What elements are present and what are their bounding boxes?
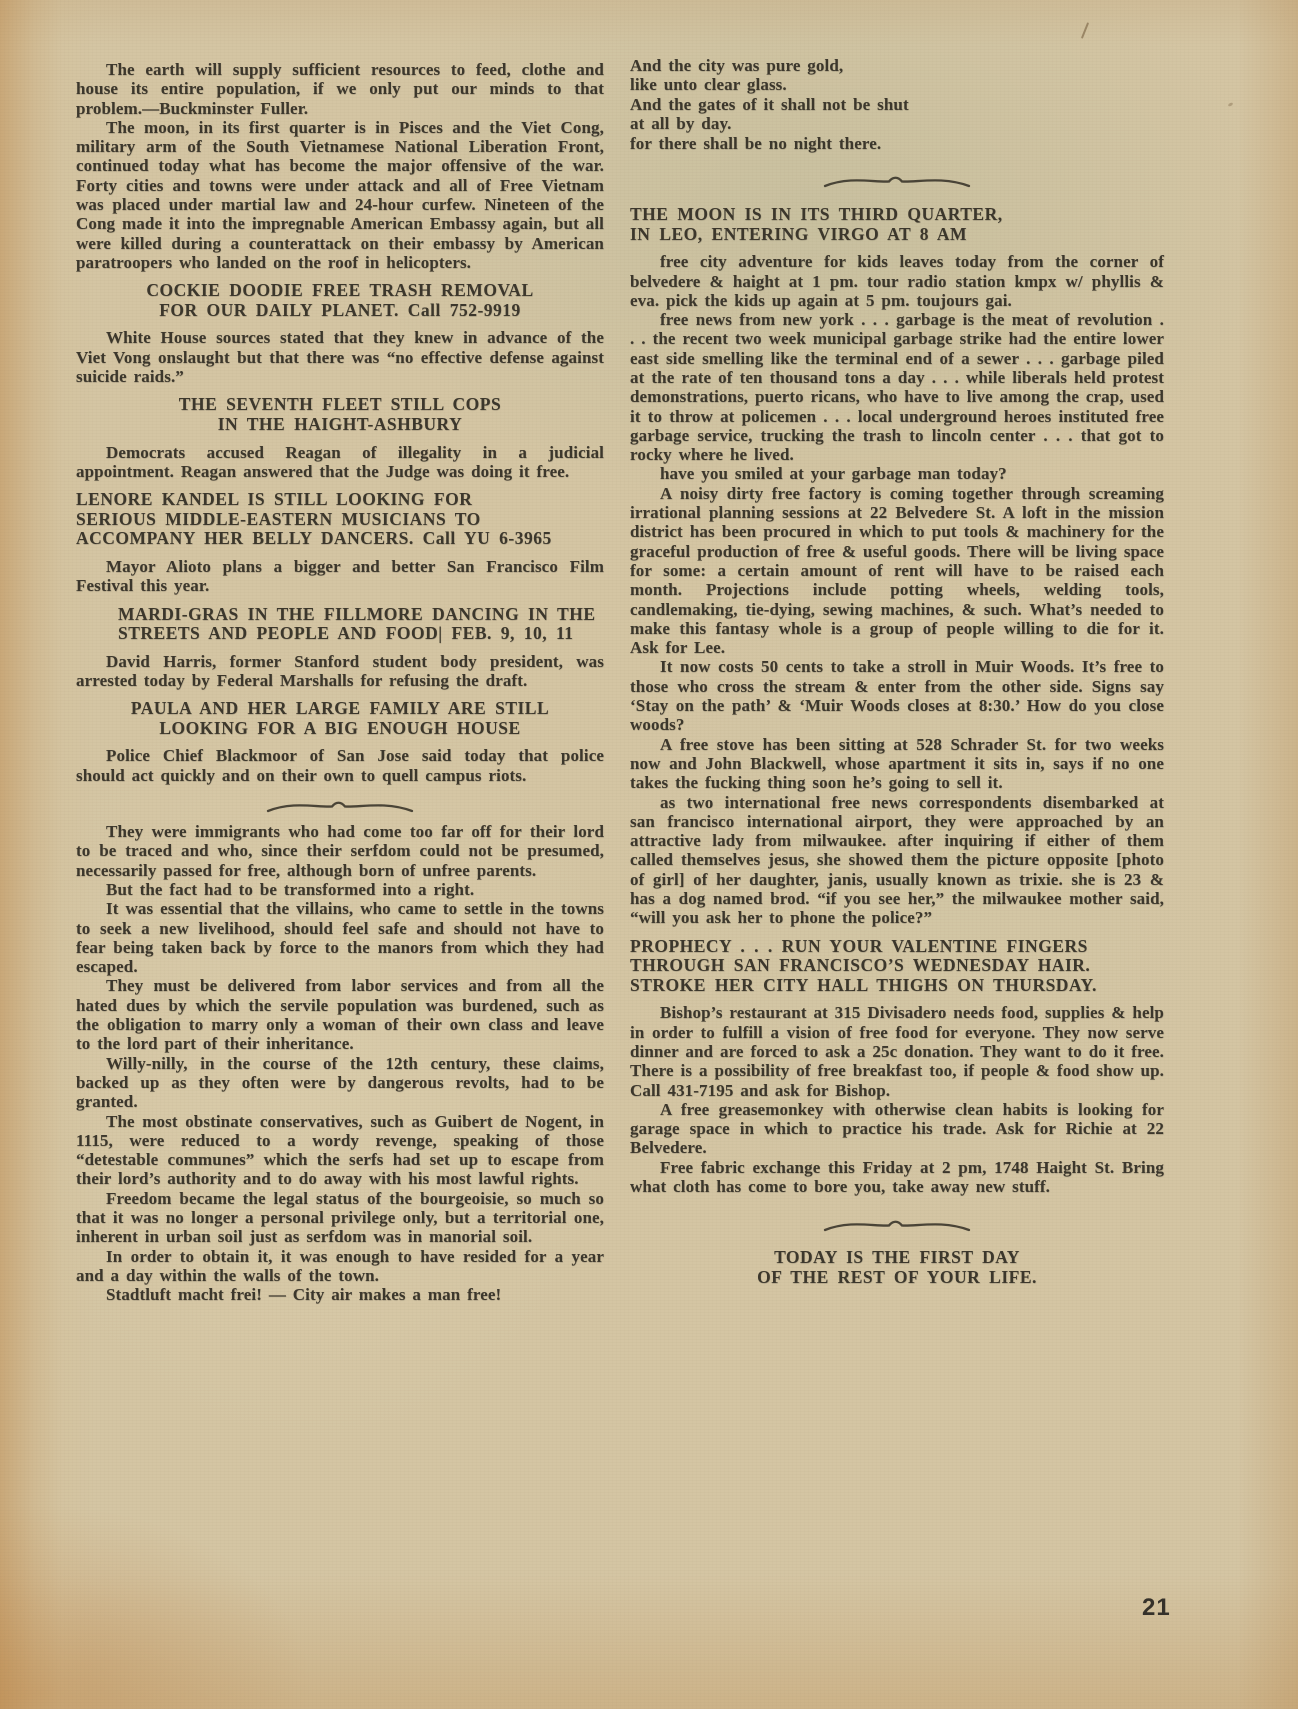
paragraph-serfs-villains: It was essential that the villains, who … <box>76 899 604 976</box>
paragraph-serfs-fact-right: But the fact had to be transformed into … <box>76 880 604 899</box>
paragraph-serfs-conservatives: The most obstinate conservatives, such a… <box>76 1112 604 1189</box>
heading-lenore-kandel: LENORE KANDEL IS STILL LOOKING FOR SERIO… <box>76 490 604 549</box>
paragraph-serfs-willy-nilly: Willy-nilly, in the course of the 12th c… <box>76 1054 604 1112</box>
paragraph-free-city-adventure: free city adventure for kids leaves toda… <box>630 252 1164 310</box>
paragraph-free-factory: A noisy dirty free factory is coming tog… <box>630 484 1164 658</box>
heading-moon-third-quarter: THE MOON IS IN ITS THIRD QUARTER, IN LEO… <box>630 205 1164 244</box>
right-column: And the city was pure gold, like unto cl… <box>630 56 1164 1296</box>
paragraph-reagan-judge: Democrats accused Reagan of illegality i… <box>76 443 604 482</box>
paragraph-free-news-new-york: free news from new york . . . garbage is… <box>630 310 1164 464</box>
paragraph-fabric-exchange: Free fabric exchange this Friday at 2 pm… <box>630 1158 1164 1197</box>
paragraph-police-chief-blackmoor: Police Chief Blackmoor of San Jose said … <box>76 746 604 785</box>
paragraph-fuller-quote: The earth will supply sufficient resourc… <box>76 60 604 118</box>
paragraph-greasemonkey: A free greasemonkey with otherwise clean… <box>630 1100 1164 1158</box>
squiggle-flourish-icon <box>822 173 972 189</box>
section-divider <box>630 172 1164 190</box>
squiggle-flourish-icon <box>822 1217 972 1233</box>
paragraph-free-stove: A free stove has been sitting at 528 Sch… <box>630 735 1164 793</box>
page-number: 21 <box>1142 1594 1171 1622</box>
heading-cockie-doodie: COCKIE DOODIE FREE TRASH REMOVAL FOR OUR… <box>76 281 604 320</box>
heading-seventh-fleet: THE SEVENTH FLEET STILL COPS IN THE HAIG… <box>76 395 604 434</box>
paragraph-moon-viet-cong: The moon, in its first quarter is in Pis… <box>76 118 604 272</box>
poem-city-of-gold: And the city was pure gold, like unto cl… <box>630 56 1164 153</box>
paragraph-david-harris: David Harris, former Stanford student bo… <box>76 652 604 691</box>
paragraph-serfs-labor-services: They must be delivered from labor servic… <box>76 976 604 1053</box>
heading-paula-house: PAULA AND HER LARGE FAMILY ARE STILL LOO… <box>76 699 604 738</box>
section-divider <box>630 1215 1164 1233</box>
paragraph-milwaukee-mother: as two international free news correspon… <box>630 793 1164 928</box>
paragraph-stadtluft: Stadtluft macht frei! — City air makes a… <box>76 1285 604 1304</box>
paragraph-garbage-man-smile: have you smiled at your garbage man toda… <box>630 464 1164 483</box>
paragraph-white-house-sources: White House sources stated that they kne… <box>76 328 604 386</box>
heading-today-first-day: TODAY IS THE FIRST DAY OF THE REST OF YO… <box>630 1248 1164 1287</box>
paragraph-bishops-restaurant: Bishop’s restaurant at 315 Divisadero ne… <box>630 1003 1164 1099</box>
paragraph-muir-woods: It now costs 50 cents to take a stroll i… <box>630 657 1164 734</box>
left-column: The earth will supply sufficient resourc… <box>76 60 604 1304</box>
paragraph-serfs-immigrants: They were immigrants who had come too fa… <box>76 822 604 880</box>
heading-mardi-gras: MARDI-GRAS IN THE FILLMORE DANCING IN TH… <box>76 605 604 644</box>
paragraph-mayor-alioto: Mayor Alioto plans a bigger and better S… <box>76 557 604 596</box>
magazine-page: The earth will supply sufficient resourc… <box>0 0 1298 1709</box>
paragraph-serfs-freedom: Freedom became the legal status of the b… <box>76 1189 604 1247</box>
scratch-mark <box>1081 22 1089 39</box>
paragraph-serfs-year-and-day: In order to obtain it, it was enough to … <box>76 1247 604 1286</box>
heading-prophecy: PROPHECY . . . RUN YOUR VALENTINE FINGER… <box>630 937 1164 996</box>
section-divider <box>76 797 604 815</box>
paper-speck <box>1228 102 1234 107</box>
squiggle-flourish-icon <box>265 798 415 814</box>
